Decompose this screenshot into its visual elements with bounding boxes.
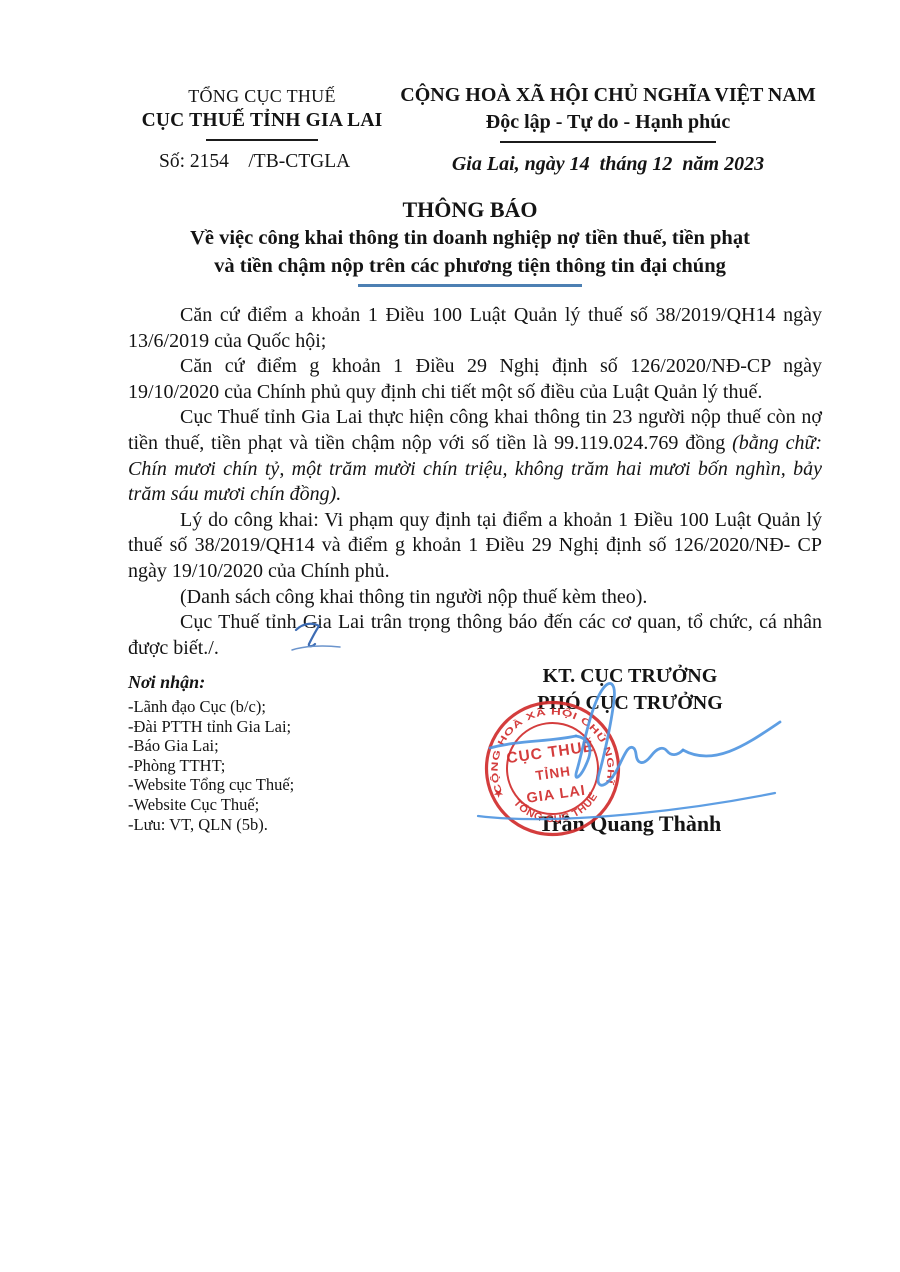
paragraph-disclosure: Cục Thuế tỉnh Gia Lai thực hiện công kha… (128, 405, 822, 507)
recipient-item: -Lưu: VT, QLN (5b). (128, 815, 408, 835)
issuing-agency-block: TỔNG CỤC THUẾ CỤC THUẾ TỈNH GIA LAI Số: … (112, 86, 412, 173)
place-and-date: Gia Lai, ngày 14 tháng 12 năm 2023 (392, 153, 824, 176)
agency-underline-rule (206, 139, 318, 141)
document-subject-line2: và tiền chậm nộp trên các phương tiện th… (40, 253, 900, 279)
agency-name: CỤC THUẾ TỈNH GIA LAI (112, 110, 412, 132)
disclosure-amount-text: Cục Thuế tỉnh Gia Lai thực hiện công kha… (128, 406, 822, 454)
recipient-item: -Phòng TTHT; (128, 756, 408, 776)
motto-underline-rule (500, 141, 716, 143)
national-motto: Độc lập - Tự do - Hạnh phúc (392, 111, 824, 134)
title-underline-rule (358, 284, 582, 287)
recipients-block: Nơi nhận: -Lãnh đạo Cục (b/c); -Đài PTTH… (128, 672, 408, 834)
pen-initial-mark (288, 616, 348, 656)
document-number: Số: 2154 /TB-CTGLA (112, 151, 412, 173)
recipient-item: -Báo Gia Lai; (128, 736, 408, 756)
document-subject-line1: Về việc công khai thông tin doanh nghiệp… (40, 225, 900, 251)
document-body: Căn cứ điểm a khoản 1 Điều 100 Luật Quản… (128, 303, 822, 661)
document-type-title: THÔNG BÁO (40, 197, 900, 223)
recipient-item: -Website Tổng cục Thuế; (128, 775, 408, 795)
paragraph-reason: Lý do công khai: Vi phạm quy định tại đi… (128, 508, 822, 585)
paragraph-attachment-note: (Danh sách công khai thông tin người nộp… (128, 585, 822, 611)
paragraph-legal-basis-1: Căn cứ điểm a khoản 1 Điều 100 Luật Quản… (128, 303, 822, 354)
document-title-block: THÔNG BÁO Về việc công khai thông tin do… (40, 197, 900, 287)
recipients-label: Nơi nhận: (128, 672, 408, 693)
recipient-item: -Đài PTTH tỉnh Gia Lai; (128, 717, 408, 737)
country-name: CỘNG HOÀ XÃ HỘI CHỦ NGHĨA VIỆT NAM (392, 84, 824, 107)
recipient-item: -Lãnh đạo Cục (b/c); (128, 697, 408, 717)
handwritten-signature (430, 650, 875, 860)
national-motto-block: CỘNG HOÀ XÃ HỘI CHỦ NGHĨA VIỆT NAM Độc l… (392, 84, 824, 176)
parent-agency-name: TỔNG CỤC THUẾ (112, 86, 412, 107)
recipient-item: -Website Cục Thuế; (128, 795, 408, 815)
document-page: TỔNG CỤC THUẾ CỤC THUẾ TỈNH GIA LAI Số: … (0, 0, 900, 1272)
paragraph-legal-basis-2: Căn cứ điểm g khoản 1 Điều 29 Nghị định … (128, 354, 822, 405)
